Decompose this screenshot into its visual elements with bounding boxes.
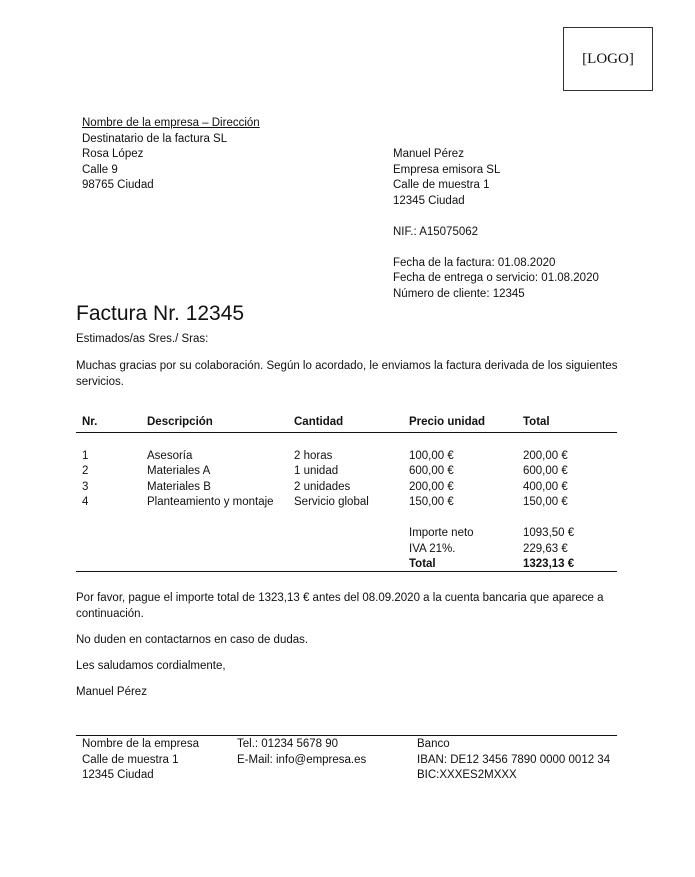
recipient-city: 98765 Ciudad: [82, 178, 260, 194]
header-total: Total: [523, 415, 617, 433]
row-nr: 4: [76, 495, 147, 511]
contact-paragraph: No duden en contactarnos en caso de duda…: [76, 632, 636, 648]
row-quantity: 2 horas: [294, 449, 409, 465]
row-quantity: Servicio global: [294, 495, 409, 511]
header-quantity: Cantidad: [294, 415, 409, 433]
net-amount-value: 1093,50 €: [523, 526, 617, 542]
sender-block: Manuel Pérez Empresa emisora SL Calle de…: [393, 147, 599, 302]
recipient-block: Nombre de la empresa – Dirección Destina…: [82, 116, 260, 194]
recipient-company: Destinatario de la factura SL: [82, 132, 260, 148]
footer-email: E-Mail: info@empresa.es: [237, 753, 366, 769]
delivery-date: Fecha de entrega o servicio: 01.08.2020: [393, 271, 599, 287]
row-quantity: 1 unidad: [294, 464, 409, 480]
row-description: Materiales A: [147, 464, 294, 480]
row-total: 150,00 €: [523, 495, 617, 511]
vat-row: IVA 21%. 229,63 €: [76, 542, 617, 558]
header-unit-price: Precio unidad: [409, 415, 523, 433]
customer-number: Número de cliente: 12345: [393, 287, 599, 303]
footer-bank-column: Banco IBAN: DE12 3456 7890 0000 0012 34 …: [417, 737, 610, 784]
row-unit-price: 100,00 €: [409, 449, 523, 465]
footer-city: 12345 Ciudad: [82, 768, 199, 784]
footer-company-name: Nombre de la empresa: [82, 737, 199, 753]
items-table: Nr. Descripción Cantidad Precio unidad T…: [76, 415, 617, 573]
sender-city: 12345 Ciudad: [393, 194, 599, 210]
row-unit-price: 600,00 €: [409, 464, 523, 480]
invoice-date: Fecha de la factura: 01.08.2020: [393, 256, 599, 272]
footer-bic: BIC:XXXES2MXXX: [417, 768, 610, 784]
sender-company: Empresa emisora SL: [393, 163, 599, 179]
row-description: Asesoría: [147, 449, 294, 465]
net-amount-label: Importe neto: [409, 526, 523, 542]
footer-divider: [76, 735, 617, 736]
salutation: Estimados/as Sres./ Sras:: [76, 331, 636, 347]
regards-paragraph: Les saludamos cordialmente,: [76, 658, 636, 674]
header-nr: Nr.: [76, 415, 147, 433]
net-amount-row: Importe neto 1093,50 €: [76, 526, 617, 542]
footer-company-column: Nombre de la empresa Calle de muestra 1 …: [82, 737, 199, 784]
footer-iban: IBAN: DE12 3456 7890 0000 0012 34: [417, 753, 610, 769]
recipient-street: Calle 9: [82, 163, 260, 179]
row-description: Materiales B: [147, 480, 294, 496]
recipient-name: Rosa López: [82, 147, 260, 163]
row-nr: 3: [76, 480, 147, 496]
row-unit-price: 200,00 €: [409, 480, 523, 496]
vat-value: 229,63 €: [523, 542, 617, 558]
row-quantity: 2 unidades: [294, 480, 409, 496]
table-header-row: Nr. Descripción Cantidad Precio unidad T…: [76, 415, 617, 433]
row-nr: 2: [76, 464, 147, 480]
logo-placeholder: [LOGO]: [563, 27, 653, 91]
logo-label: [LOGO]: [582, 51, 634, 68]
header-description: Descripción: [147, 415, 294, 433]
row-total: 400,00 €: [523, 480, 617, 496]
row-total: 600,00 €: [523, 464, 617, 480]
invoice-title: Factura Nr. 12345: [76, 302, 244, 326]
footer-contact-column: Tel.: 01234 5678 90 E-Mail: info@empresa…: [237, 737, 366, 768]
table-row: 3 Materiales B 2 unidades 200,00 € 400,0…: [76, 480, 617, 496]
row-unit-price: 150,00 €: [409, 495, 523, 511]
payment-paragraph: Por favor, pague el importe total de 132…: [76, 590, 636, 622]
intro-paragraph: Muchas gracias por su colaboración. Segú…: [76, 358, 636, 390]
table-row: 4 Planteamiento y montaje Servicio globa…: [76, 495, 617, 511]
sender-street: Calle de muestra 1: [393, 178, 599, 194]
row-nr: 1: [76, 449, 147, 465]
sender-return-line: Nombre de la empresa – Dirección: [82, 116, 260, 132]
footer-bank: Banco: [417, 737, 610, 753]
table-row: 2 Materiales A 1 unidad 600,00 € 600,00 …: [76, 464, 617, 480]
totals-divider: [76, 571, 617, 572]
table-row: 1 Asesoría 2 horas 100,00 € 200,00 €: [76, 449, 617, 465]
row-total: 200,00 €: [523, 449, 617, 465]
footer-street: Calle de muestra 1: [82, 753, 199, 769]
sender-nif: NIF.: A15075062: [393, 225, 599, 241]
sender-name: Manuel Pérez: [393, 147, 599, 163]
footer-phone: Tel.: 01234 5678 90: [237, 737, 366, 753]
signature: Manuel Pérez: [76, 684, 636, 700]
vat-label: IVA 21%.: [409, 542, 523, 558]
row-description: Planteamiento y montaje: [147, 495, 294, 511]
